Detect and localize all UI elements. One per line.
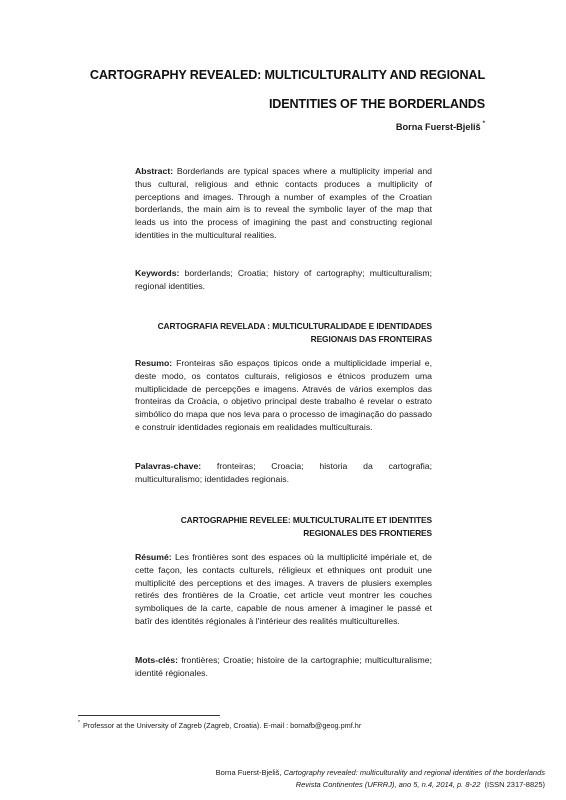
heading-fr: CARTOGRAPHIE REVELEE: MULTICULTURALITE E… xyxy=(135,514,432,540)
author-name: Borna Fuerst-Bjeliš xyxy=(396,122,481,132)
citation-issn: (ISSN 2317-8825) xyxy=(480,780,545,789)
footnote: *Professor at the University of Zagreb (… xyxy=(78,720,361,730)
citation-author: Borna Fuerst-Bjeliš, xyxy=(216,768,284,777)
heading-fr-line-2: REGIONALES DES FRONTIERES xyxy=(135,527,432,540)
heading-fr-line-1: CARTOGRAPHIE REVELEE: MULTICULTURALITE E… xyxy=(135,514,432,527)
footnote-text: Professor at the University of Zagreb (Z… xyxy=(83,721,361,730)
abstract-en-text: Borderlands are typical spaces where a m… xyxy=(135,166,432,240)
author-byline: Borna Fuerst-Bjeliš* xyxy=(396,121,485,132)
author-footnote-marker: * xyxy=(483,121,485,127)
citation-article-title: Cartography revealed: multiculturality a… xyxy=(284,768,545,777)
paper-title-line-1: CARTOGRAPHY REVEALED: MULTICULTURALITY A… xyxy=(90,68,485,82)
abstract-pt-label: Resumo: xyxy=(135,358,172,368)
abstract-pt-text: Fronteiras são espaços tipicos onde a mu… xyxy=(135,358,432,432)
abstract-fr: Résumé: Les frontières sont des espaces … xyxy=(135,551,432,628)
keywords-fr-text: frontières; Croatie; histoire de la cart… xyxy=(135,655,432,678)
paper-title-line-2: IDENTITIES OF THE BORDERLANDS xyxy=(269,97,485,111)
keywords-en: Keywords: borderlands; Croatia; history … xyxy=(135,267,432,293)
heading-pt-line-2: REGIONAIS DAS FRONTEIRAS xyxy=(135,333,432,346)
heading-pt: CARTOGRAFIA REVELADA : MULTICULTURALIDAD… xyxy=(135,320,432,346)
citation-journal: Revista Continentes (UFRRJ), ano 5, n.4,… xyxy=(296,780,481,789)
keywords-en-label: Keywords: xyxy=(135,268,179,278)
footnote-separator xyxy=(78,715,220,716)
keywords-fr-label: Mots-clés: xyxy=(135,655,178,665)
abstract-fr-text: Les frontières sont des espaces où la mu… xyxy=(135,552,432,626)
paper-page: CARTOGRAPHY REVEALED: MULTICULTURALITY A… xyxy=(0,0,566,800)
abstract-pt: Resumo: Fronteiras são espaços tipicos o… xyxy=(135,357,432,434)
abstract-en-label: Abstract: xyxy=(135,166,173,176)
heading-pt-line-1: CARTOGRAFIA REVELADA : MULTICULTURALIDAD… xyxy=(135,320,432,333)
keywords-pt: Palavras-chave: fronteiras; Croacia; his… xyxy=(135,460,432,486)
citation-line-1: Borna Fuerst-Bjeliš, Cartography reveale… xyxy=(216,768,545,777)
abstract-fr-label: Résumé: xyxy=(135,552,172,562)
footnote-marker: * xyxy=(78,720,80,726)
keywords-fr: Mots-clés: frontières; Croatie; histoire… xyxy=(135,654,432,680)
citation-line-2: Revista Continentes (UFRRJ), ano 5, n.4,… xyxy=(296,780,545,789)
abstract-en: Abstract: Borderlands are typical spaces… xyxy=(135,165,432,242)
keywords-en-text: borderlands; Croatia; history of cartogr… xyxy=(135,268,432,291)
keywords-pt-label: Palavras-chave: xyxy=(135,461,201,471)
